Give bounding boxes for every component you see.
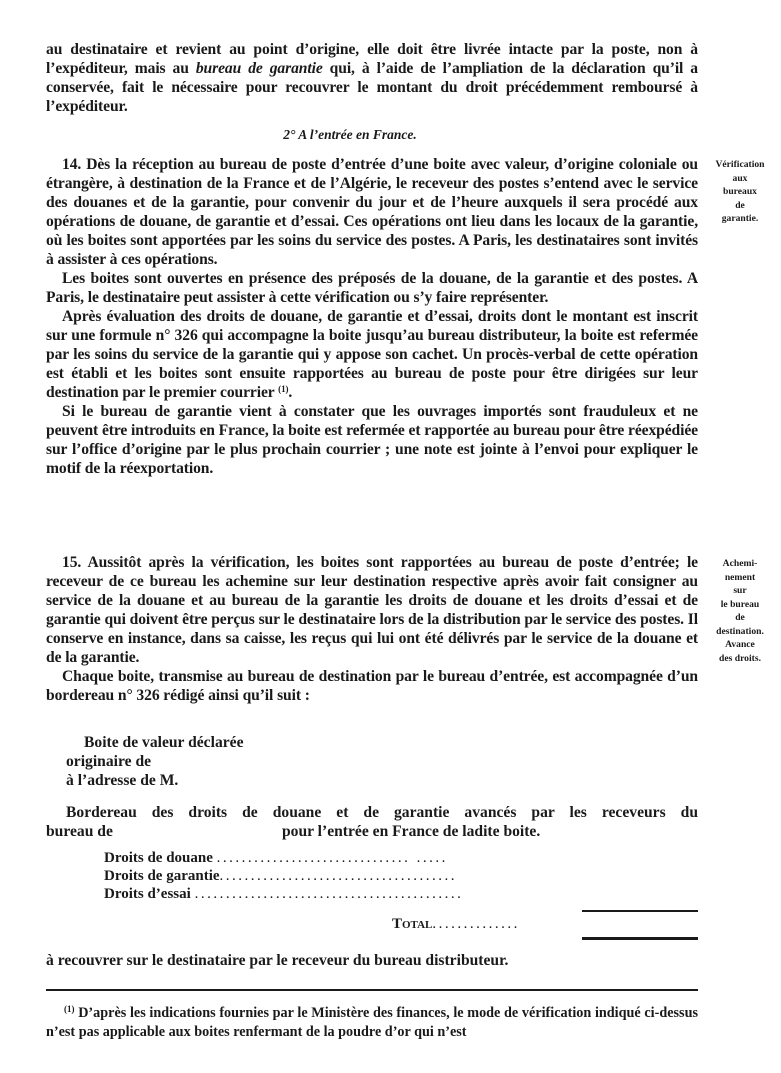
margin-line: bureaux (700, 185, 780, 199)
bordereau-line-2: bureau de pour l’entrée en France de lad… (46, 822, 698, 841)
continuation-italic: bureau de garantie (196, 60, 323, 77)
form-row-douane: Droits de douane .......................… (104, 849, 580, 868)
row-label: Droits d’essai (104, 886, 191, 902)
margin-note-verification: Vérification aux bureaux de garantie. (700, 158, 780, 226)
footnote-text: D’après les indications fournies par le … (46, 1005, 698, 1040)
margin-note-acheminement: Achemi- nement sur le bureau de destinat… (700, 557, 780, 665)
row-label: Droits de douane (104, 850, 213, 866)
form-box-line: originaire de (46, 752, 698, 771)
row-label: Droits de garantie (104, 868, 220, 884)
form-box-line: à l’adresse de M. (46, 771, 698, 790)
margin-line: garantie. (700, 212, 780, 226)
subtotal-rule (582, 910, 698, 912)
article-14-para-4: Si le bureau de garantie vient à constat… (46, 402, 698, 478)
article-number: 14. (62, 156, 81, 173)
footnote-marker: (1) (64, 1004, 75, 1014)
article-14-para-3: Après évaluation des droits de douane, d… (46, 307, 698, 402)
margin-line: Avance (700, 638, 780, 652)
footnote: (1) D’après les indications fournies par… (46, 1004, 698, 1042)
margin-line: de (700, 611, 780, 625)
section-heading: 2° A l’entrée en France. (0, 127, 700, 143)
margin-line: sur (700, 584, 780, 598)
margin-line: le bureau (700, 598, 780, 612)
article-15: 15. Aussitôt après la vérification, les … (46, 553, 698, 705)
article-14-para-1: 14. Dès la réception au bureau de poste … (46, 155, 698, 269)
article-15-para-2: Chaque boite, transmise au bureau de des… (46, 667, 698, 705)
footnote-separator (46, 989, 698, 991)
footnote-ref[interactable]: (1) (278, 384, 288, 394)
bordereau-line-2-left: bureau de (46, 823, 113, 840)
total-rule (582, 937, 698, 940)
document-page: au destinataire et revient au point d’or… (0, 0, 781, 1073)
form-box-address: Boite de valeur déclarée originaire de à… (46, 733, 698, 790)
margin-line: nement (700, 571, 780, 585)
para-text: Après évaluation des droits de douane, d… (46, 308, 698, 401)
margin-line: Vérification (700, 158, 780, 172)
margin-line: de (700, 199, 780, 213)
bordereau-line-1: Bordereau des droits de douane et de gar… (46, 803, 698, 822)
total-label: Total (392, 916, 432, 932)
margin-line: des droits. (700, 652, 780, 666)
form-closing: à recouvrer sur le destinataire par le r… (46, 951, 698, 970)
article-number: 15. (62, 554, 81, 571)
leader-dots: .............. (432, 916, 520, 932)
margin-line: Achemi- (700, 557, 780, 571)
continuation-paragraph: au destinataire et revient au point d’or… (46, 40, 698, 116)
para-text: Aussitôt après la vérification, les boit… (46, 554, 698, 666)
article-15-para-1: 15. Aussitôt après la vérification, les … (46, 553, 698, 667)
bordereau-line-2-right: pour l’entrée en France de ladite boite. (282, 822, 540, 841)
leader-dots: ...................................... (220, 868, 458, 884)
form-row-garantie: Droits de garantie......................… (104, 867, 580, 886)
margin-line: aux (700, 172, 780, 186)
leader-dots: ............................... ..... (217, 850, 448, 866)
para-text: Dès la réception au bureau de poste d’en… (46, 156, 698, 268)
article-14-para-2: Les boites sont ouvertes en présence des… (46, 269, 698, 307)
article-14: 14. Dès la réception au bureau de poste … (46, 155, 698, 478)
margin-line: destination. (700, 625, 780, 639)
form-row-essai: Droits d’essai .........................… (104, 885, 580, 904)
leader-dots: ........................................… (195, 886, 464, 902)
form-row-total: Total.............. (392, 915, 582, 934)
form-box-line: Boite de valeur déclarée (46, 733, 698, 752)
